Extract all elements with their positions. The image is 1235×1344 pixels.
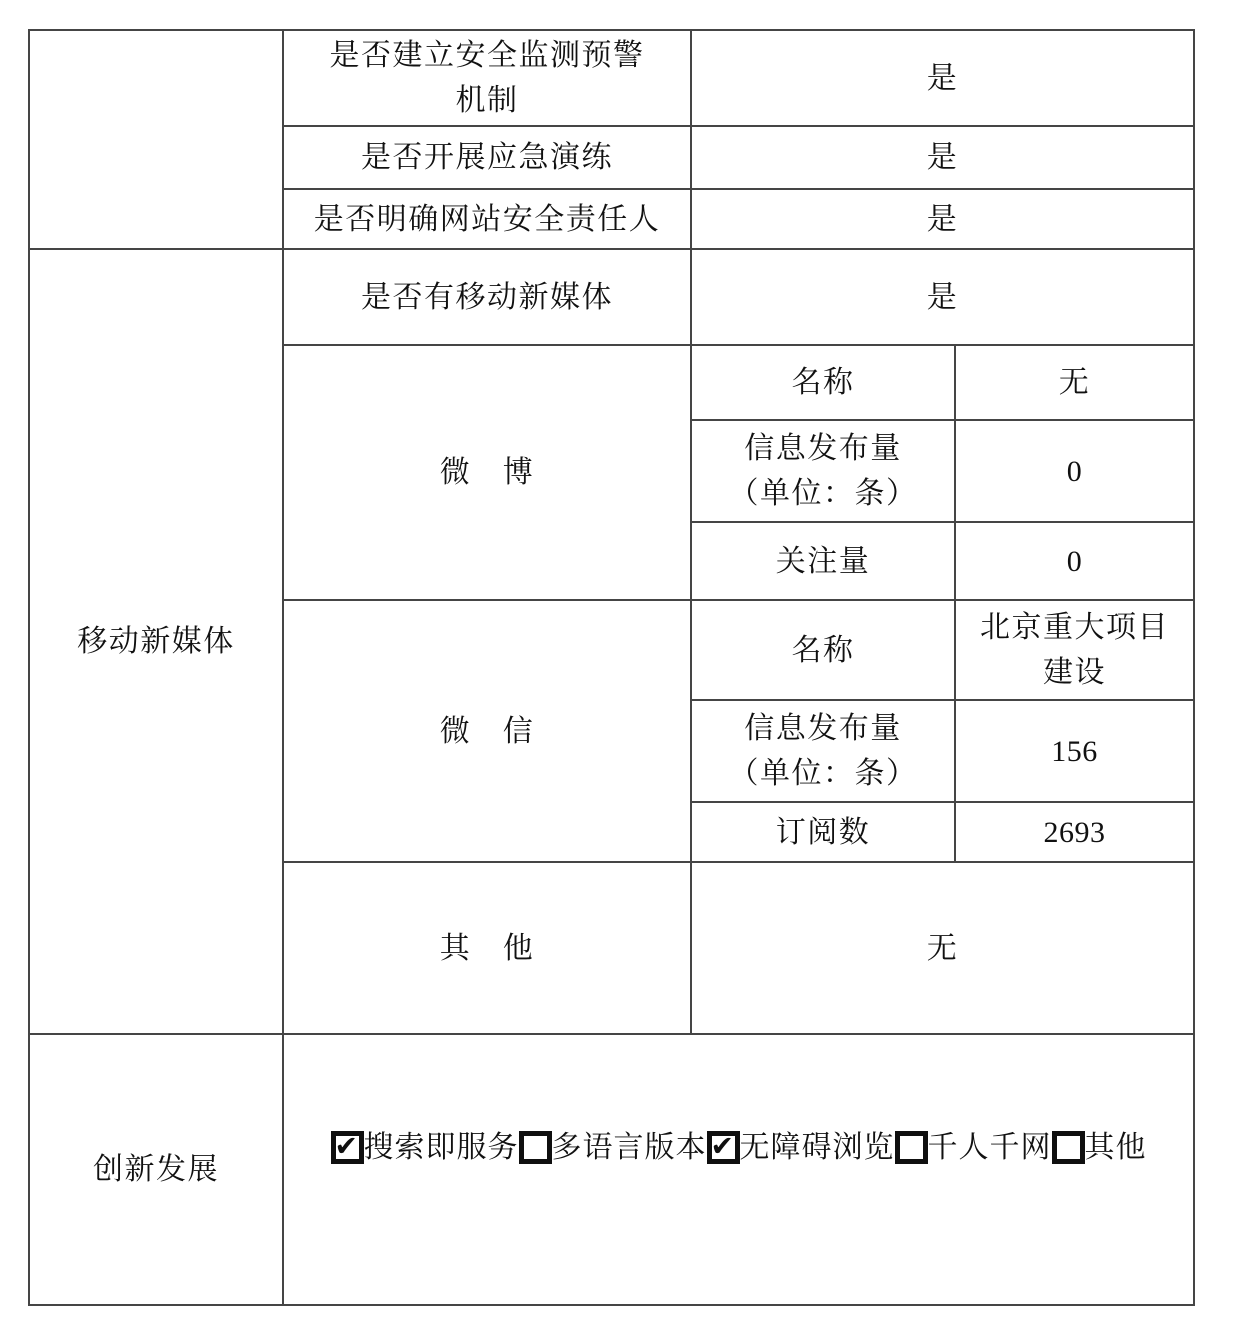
row-innovation: 创新发展 搜索即服务 多语言版本 无障碍浏览	[29, 1034, 1194, 1305]
row-security-monitoring: 是否建立安全监测预警 机制 是	[29, 30, 1194, 126]
label-cell-security-responsible-person: 是否明确网站安全责任人	[283, 189, 691, 249]
innovation-option-accessibility: 无障碍浏览	[707, 1125, 895, 1170]
annual-report-table: 是否建立安全监测预警 机制 是 是否开展应急演练 是 是否明确网站安全责任人 是…	[28, 29, 1195, 1306]
checkbox-icon	[1052, 1131, 1085, 1164]
innovation-options-cell: 搜索即服务 多语言版本 无障碍浏览 千人千网	[283, 1034, 1194, 1305]
label-cell-wechat-posts: 信息发布量 （单位：条）	[691, 700, 955, 802]
option-label: 无障碍浏览	[740, 1125, 895, 1170]
label-cell-security-monitoring: 是否建立安全监测预警 机制	[283, 30, 691, 126]
label-cell-wechat-name: 名称	[691, 600, 955, 700]
value-cell-weibo-posts: 0	[955, 420, 1194, 522]
value-cell-wechat-posts: 156	[955, 700, 1194, 802]
label-text: 是否有移动新媒体	[361, 275, 613, 320]
value-text: 156	[1051, 729, 1098, 774]
innovation-options: 搜索即服务 多语言版本 无障碍浏览 千人千网	[290, 1125, 1187, 1170]
section-header-cell-mobile-media: 移动新媒体	[29, 249, 283, 1034]
label-text: 是否开展应急演练	[361, 135, 613, 180]
label-cell-weibo-name: 名称	[691, 345, 955, 420]
label-text: 关注量	[776, 539, 871, 584]
innovation-option-other: 其他	[1052, 1125, 1147, 1170]
label-text: 名称	[792, 360, 855, 405]
value-text: 无	[1059, 360, 1091, 405]
option-label: 多语言版本	[552, 1125, 707, 1170]
label-cell-weibo-followers: 关注量	[691, 522, 955, 600]
section-header-cell-empty	[29, 30, 283, 249]
option-label: 其他	[1085, 1125, 1147, 1170]
label-text: 信息发布量 （单位：条）	[729, 426, 918, 516]
label-text: 是否明确网站安全责任人	[314, 197, 661, 242]
checkbox-icon	[331, 1131, 364, 1164]
value-cell-other-media: 无	[691, 862, 1194, 1034]
label-text: 名称	[792, 628, 855, 673]
checkbox-icon	[707, 1131, 740, 1164]
innovation-option-multilingual: 多语言版本	[519, 1125, 707, 1170]
label-text: 是否建立安全监测预警 机制	[330, 33, 645, 123]
value-cell-weibo-followers: 0	[955, 522, 1194, 600]
innovation-option-personalized: 千人千网	[895, 1125, 1052, 1170]
report-sheet: 是否建立安全监测预警 机制 是 是否开展应急演练 是 是否明确网站安全责任人 是…	[28, 29, 1195, 1306]
value-cell-security-monitoring: 是	[691, 30, 1194, 126]
value-text: 0	[1067, 539, 1083, 584]
label-cell-emergency-drill: 是否开展应急演练	[283, 126, 691, 189]
option-label: 搜索即服务	[364, 1125, 519, 1170]
value-text: 0	[1067, 449, 1083, 494]
checkbox-icon	[895, 1131, 928, 1164]
group-cell-other: 其 他	[283, 862, 691, 1034]
label-cell-has-mobile-media: 是否有移动新媒体	[283, 249, 691, 345]
value-cell-emergency-drill: 是	[691, 126, 1194, 189]
label-cell-weibo-posts: 信息发布量 （单位：条）	[691, 420, 955, 522]
row-has-mobile-media: 移动新媒体 是否有移动新媒体 是	[29, 249, 1194, 345]
group-cell-weibo: 微 博	[283, 345, 691, 600]
label-cell-wechat-subscribers: 订阅数	[691, 802, 955, 862]
group-cell-wechat: 微 信	[283, 600, 691, 862]
value-cell-weibo-name: 无	[955, 345, 1194, 420]
label-text: 信息发布量 （单位：条）	[729, 706, 918, 796]
value-cell-security-responsible-person: 是	[691, 189, 1194, 249]
innovation-option-search: 搜索即服务	[331, 1125, 519, 1170]
value-cell-wechat-subscribers: 2693	[955, 802, 1194, 862]
value-cell-wechat-name: 北京重大项目 建设	[955, 600, 1194, 700]
label-text: 订阅数	[776, 810, 871, 855]
value-text: 北京重大项目 建设	[980, 605, 1169, 695]
checkbox-icon	[519, 1131, 552, 1164]
section-header-cell-innovation: 创新发展	[29, 1034, 283, 1305]
value-text: 2693	[1044, 810, 1106, 855]
value-cell-has-mobile-media: 是	[691, 249, 1194, 345]
option-label: 千人千网	[928, 1125, 1052, 1170]
